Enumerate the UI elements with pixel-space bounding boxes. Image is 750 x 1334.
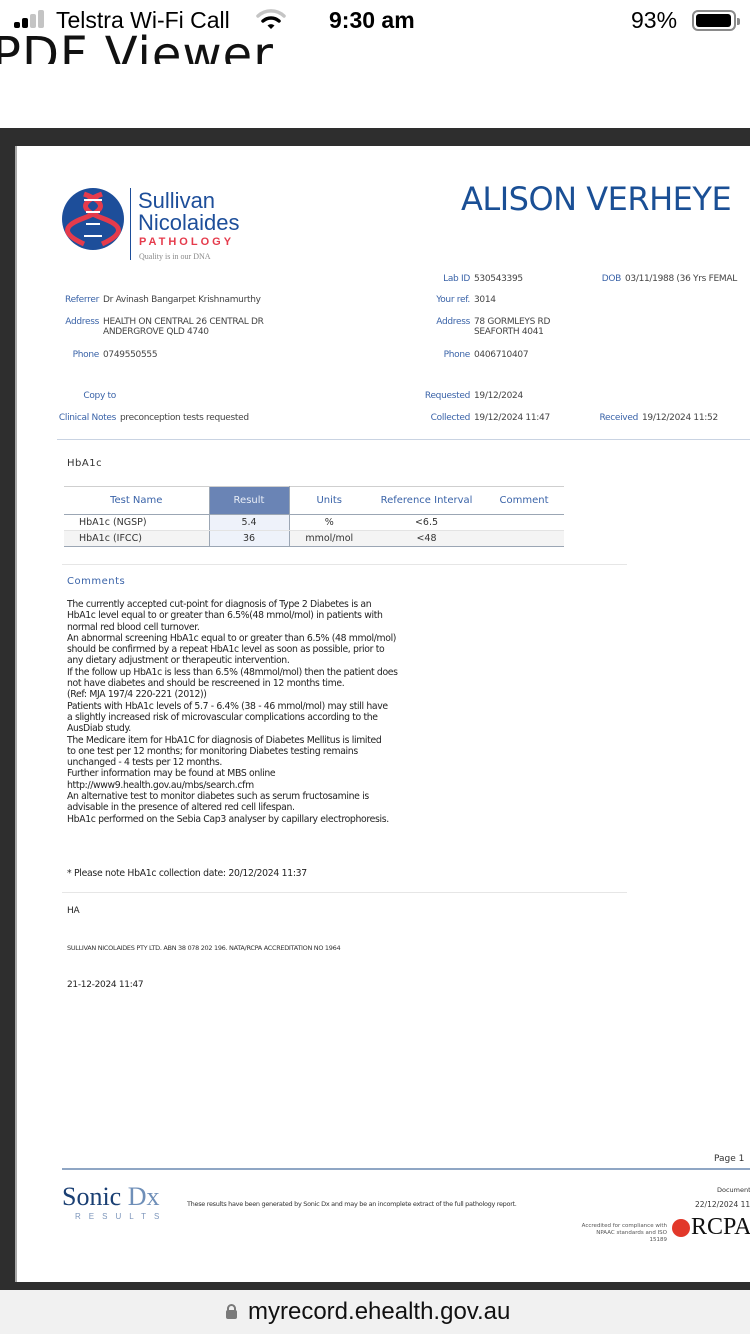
comment-line: not have diabetes and should be rescreen… [67,678,427,689]
test-section-title: HbA1c [67,458,102,469]
col-units: Units [289,487,369,515]
col-reference: Reference Interval [369,487,484,515]
comment-cell [484,531,564,547]
table-row: HbA1c (IFCC) 36 mmol/mol <48 [64,531,564,547]
rcpa-logo: RCPA [672,1214,750,1244]
test-name-cell: HbA1c (IFCC) [64,531,209,547]
copy-to-field: Copy to [62,391,120,401]
comment-line: An abnormal screening HbA1c equal to or … [67,633,427,644]
status-bar: Telstra Wi-Fi Call 9:30 am 93% [0,0,750,40]
lab-logo-tagline: Quality is in our DNA [139,252,211,261]
collection-note: * Please note HbA1c collection date: 20/… [67,868,307,879]
clinical-notes-field: Clinical Notespreconception tests reques… [57,413,249,423]
sonic-dx-logo: Sonic Dx [62,1182,160,1212]
cellular-signal-icon [14,10,50,28]
result-cell: 36 [209,531,289,547]
page-number: Page 1 [714,1154,744,1164]
comment-line: (Ref: MJA 197/4 220-221 (2012)) [67,689,427,700]
footer-divider [62,1168,750,1170]
document-date: 22/12/2024 11: [695,1200,750,1209]
table-divider [62,564,627,565]
clock: 9:30 am [329,7,415,34]
results-header-row: Test Name Result Units Reference Interva… [64,487,564,515]
lab-id-field: Lab ID530543395 [427,274,523,284]
battery-percentage: 93% [631,7,677,34]
test-name-cell: HbA1c (NGSP) [64,515,209,531]
comments-body: The currently accepted cut-point for dia… [67,599,427,825]
patient-address-field: Address78 GORMLEYS RDSEAFORTH 4041 [427,317,550,337]
sonic-dx-results-label: RESULTS [75,1212,167,1221]
comment-line: The currently accepted cut-point for dia… [67,599,427,610]
col-test-name: Test Name [64,487,209,515]
initials: HA [67,906,79,916]
results-table: Test Name Result Units Reference Interva… [64,486,564,547]
comment-line: Further information may be found at MBS … [67,768,427,779]
comment-line: Patients with HbA1c levels of 5.7 - 6.4%… [67,701,427,712]
comment-line: http://www9.health.gov.au/mbs/search.cfm [67,780,427,791]
received-field: Received19/12/2024 11:52 [597,413,718,423]
pdf-page: Sullivan Nicolaides PATHOLOGY Quality is… [15,146,750,1282]
your-ref-field: Your ref.3014 [427,295,496,305]
comment-line: An alternative test to monitor diabetes … [67,791,427,802]
comment-line: advisable in the presence of altered red… [67,802,427,813]
referrer-field: ReferrerDr Avinash Bangarpet Krishnamurt… [62,295,261,305]
logo-divider [130,188,131,260]
requested-field: Requested19/12/2024 [417,391,523,401]
comment-line: unchanged - 4 tests per 12 months. [67,757,427,768]
result-cell: 5.4 [209,515,289,531]
lab-logo-subtitle: PATHOLOGY [139,236,234,248]
reference-cell: <6.5 [369,515,484,531]
comment-line: should be confirmed by a repeat HbA1c le… [67,644,427,655]
note-divider [62,892,627,893]
col-result: Result [209,487,289,515]
table-row: HbA1c (NGSP) 5.4 % <6.5 [64,515,564,531]
dob-field: DOB03/11/1988 (36 Yrs FEMAL [597,274,737,284]
units-cell: % [289,515,369,531]
patient-phone-field: Phone0406710407 [427,350,528,360]
comment-line: If the follow up HbA1c is less than 6.5%… [67,667,427,678]
comment-line: a slightly increased risk of microvascul… [67,712,427,723]
units-cell: mmol/mol [289,531,369,547]
referrer-phone-field: Phone0749550555 [62,350,157,360]
comment-line: any dietary adjustment or therapeutic in… [67,655,427,666]
wifi-icon [256,8,286,30]
patient-name: ALISON VERHEYE [461,180,731,218]
browser-url-bar[interactable]: myrecord.ehealth.gov.au [0,1290,750,1334]
footer-disclaimer: These results have been generated by Son… [187,1200,517,1208]
battery-icon [692,10,736,31]
lock-icon [226,1304,237,1319]
comment-line: AusDiab study. [67,723,427,734]
rcpa-sun-icon [672,1219,690,1237]
dna-logo-icon [62,188,124,250]
url-text[interactable]: myrecord.ehealth.gov.au [248,1298,510,1326]
comment-line: to one test per 12 months; for monitorin… [67,746,427,757]
header-divider [57,439,750,440]
col-comment: Comment [484,487,564,515]
carrier-name: Telstra Wi-Fi Call [56,7,230,34]
pdf-viewer[interactable]: Sullivan Nicolaides PATHOLOGY Quality is… [0,128,750,1290]
comment-cell [484,515,564,531]
comment-line: normal red blood cell turnover. [67,622,427,633]
screen: Telstra Wi-Fi Call 9:30 am 93% PDF Viewe… [0,0,750,1334]
collected-field: Collected19/12/2024 11:47 [417,413,550,423]
reference-cell: <48 [369,531,484,547]
comment-line: The Medicare item for HbA1C for diagnosi… [67,735,427,746]
comment-line: HbA1c level equal to or greater than 6.5… [67,610,427,621]
document-label: Document [717,1186,750,1194]
comment-line: HbA1c performed on the Sebia Cap3 analys… [67,814,427,825]
accreditation-text: Accredited for compliance with NPAAC sta… [577,1223,667,1244]
company-line: SULLIVAN NICOLAIDES PTY LTD. ABN 38 078 … [67,944,340,952]
referrer-address-field: AddressHEALTH ON CENTRAL 26 CENTRAL DRAN… [62,317,264,337]
report-timestamp: 21-12-2024 11:47 [67,980,143,990]
comments-title: Comments [67,576,125,587]
lab-logo-name: Sullivan Nicolaides [138,190,240,234]
